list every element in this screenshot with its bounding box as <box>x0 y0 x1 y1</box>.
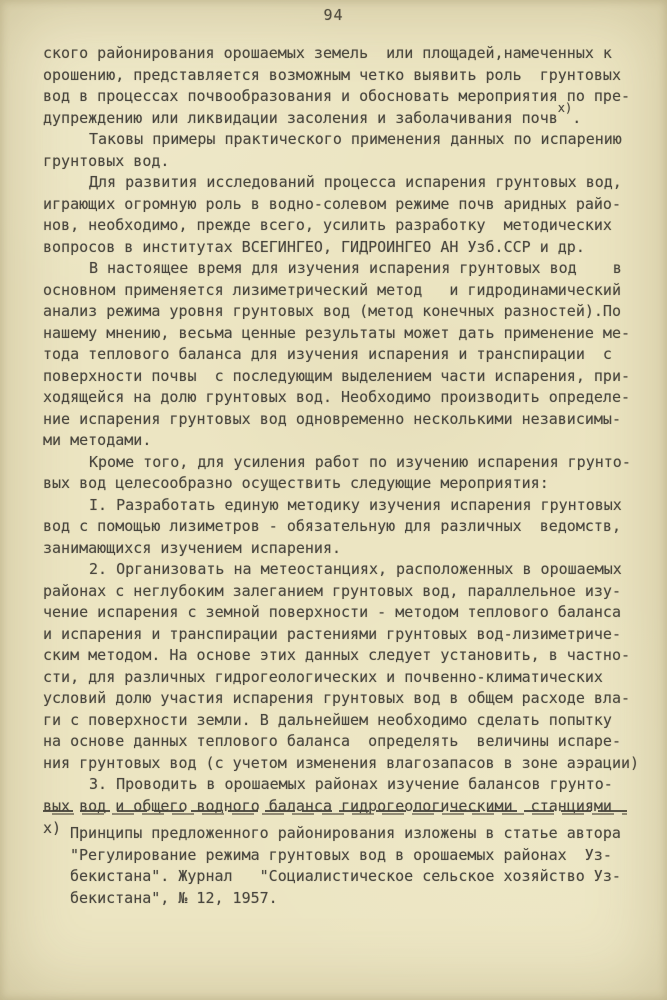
text-line: нов, необходимо, прежде всего, усилить р… <box>43 215 629 237</box>
text-line: Для развития исследований процесса испар… <box>43 172 629 194</box>
text-line: ми методами. <box>43 430 629 452</box>
text-line: играющих огромную роль в водно-солевом р… <box>43 194 629 216</box>
text-line: ходящейся на долю грунтовых вод. Необход… <box>43 387 629 409</box>
text-line: нашему мнению, весьма ценные результаты … <box>43 323 629 345</box>
text-line: В настоящее время для изучения испарения… <box>43 258 629 280</box>
body-text: ского районирования орошаемых земель или… <box>43 43 629 817</box>
text-line: занимающихся изучением испарения. <box>43 538 629 560</box>
text-line: грунтовых вод. <box>43 151 629 173</box>
page-number: 94 <box>0 6 667 24</box>
footnote-marker: х) <box>43 818 61 840</box>
text-line: и испарения и транспирации растениями гр… <box>43 624 629 646</box>
footnote-line: "Регулирование режима грунтовых вод в ор… <box>70 845 627 867</box>
text-line: основном применяется лизиметрический мет… <box>43 280 629 302</box>
text-line: чение испарения с земной поверхности - м… <box>43 602 629 624</box>
footnote-line: бекистана", № 12, 1957. <box>70 888 627 910</box>
text-line: 2. Организовать на метеостанциях, распол… <box>43 559 629 581</box>
text-line: вопросов в институтах ВСЕГИНГЕО, ГИДРОИН… <box>43 237 629 259</box>
text-line: ние испарения грунтовых вод одновременно… <box>43 409 629 431</box>
text-line: районах с неглубоким залеганием грунтовы… <box>43 581 629 603</box>
text-line: орошению, представляется возможным четко… <box>43 65 629 87</box>
footnote-line: Принципы предложенного районирования изл… <box>70 823 627 845</box>
footnote: х) Принципы предложенного районирования … <box>43 810 627 909</box>
text-line: ния грунтовых вод (с учетом изменения вл… <box>43 753 629 775</box>
text-line: ским методом. На основе этих данных след… <box>43 645 629 667</box>
text-line: 3. Проводить в орошаемых районах изучени… <box>43 774 629 796</box>
text-line: ского районирования орошаемых земель или… <box>43 43 629 65</box>
scanned-page: 94 ского районирования орошаемых земель … <box>0 0 667 1000</box>
text-line: I. Разработать единую методику изучения … <box>43 495 629 517</box>
text-line: на основе данных теплового баланса опред… <box>43 731 629 753</box>
footnote-text: Принципы предложенного районирования изл… <box>70 823 627 909</box>
text-line: Кроме того, для усиления работ по изучен… <box>43 452 629 474</box>
text-line: поверхности почвы с последующим выделени… <box>43 366 629 388</box>
text-line: вых вод целесообразно осуществить следую… <box>43 473 629 495</box>
text-line: дупреждению или ликвидации засоления и з… <box>43 108 629 130</box>
text-line: вод с помощью лизиметров - обязательную … <box>43 516 629 538</box>
text-line: анализ режима уровня грунтовых вод (мето… <box>43 301 629 323</box>
text-line: тода теплового баланса для изучения испа… <box>43 344 629 366</box>
footnote-separator-rule <box>43 810 627 815</box>
footnote-body: х) Принципы предложенного районирования … <box>43 823 627 909</box>
text-line: условий долю участия испарения грунтовых… <box>43 688 629 710</box>
footnote-line: бекистана". Журнал "Социалистическое сел… <box>70 866 627 888</box>
text-line: ги с поверхности земли. В дальнейшем нео… <box>43 710 629 732</box>
text-line: сти, для различных гидрогеологических и … <box>43 667 629 689</box>
text-line: вод в процессах почвообразования и обосн… <box>43 86 629 108</box>
text-line: Таковы примеры практического применения … <box>43 129 629 151</box>
